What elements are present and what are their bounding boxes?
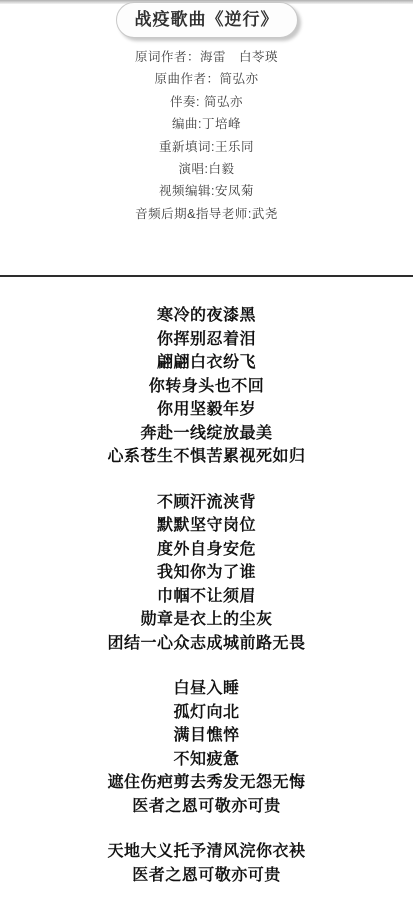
- lyric-line: 白昼入睡: [0, 677, 413, 701]
- lyric-line: 天地大义托予清风浣你衣袂: [0, 840, 413, 864]
- credit-line: 原曲作者：简弘亦: [0, 68, 413, 90]
- credit-line: 伴奏: 简弘亦: [0, 91, 413, 113]
- lyric-line: 度外自身安危: [0, 538, 413, 562]
- credit-line: 音频后期&指导老师:武尧: [0, 203, 413, 225]
- credit-line: 演唱:白毅: [0, 158, 413, 180]
- credit-line: 原词作者：海雷 白苓瑛: [0, 46, 413, 68]
- lyric-line: 你挥别忍着泪: [0, 328, 413, 352]
- lyric-line: 不知疲惫: [0, 748, 413, 772]
- credit-line: 编曲:丁培峰: [0, 113, 413, 135]
- lyric-stanza: 不顾汗流浃背默默坚守岗位度外自身安危我知你为了谁巾帼不让须眉勋章是衣上的尘灰团结…: [0, 491, 413, 656]
- credit-line: 重新填词:王乐同: [0, 136, 413, 158]
- lyrics-page: 战疫歌曲《逆行》 原词作者：海雷 白苓瑛原曲作者：简弘亦伴奏: 简弘亦编曲:丁培…: [0, 0, 413, 887]
- lyric-line: 遮住伤疤剪去秀发无怨无悔: [0, 771, 413, 795]
- lyric-line: 满目憔悴: [0, 724, 413, 748]
- lyric-line: 勋章是衣上的尘灰: [0, 608, 413, 632]
- lyric-stanza: 天地大义托予清风浣你衣袂医者之恩可敬亦可贵: [0, 840, 413, 887]
- lyric-line: 不顾汗流浃背: [0, 491, 413, 515]
- header: 战疫歌曲《逆行》: [0, 2, 413, 42]
- title-pill-button[interactable]: 战疫歌曲《逆行》: [116, 2, 298, 38]
- lyric-line: 寒冷的夜漆黑: [0, 304, 413, 328]
- lyric-stanza: 寒冷的夜漆黑你挥别忍着泪翩翩白衣纷飞你转身头也不回你用坚毅年岁奔赴一线绽放最美心…: [0, 304, 413, 469]
- credits-section: 原词作者：海雷 白苓瑛原曲作者：简弘亦伴奏: 简弘亦编曲:丁培峰重新填词:王乐同…: [0, 42, 413, 225]
- lyric-line: 心系苍生不惧苦累视死如归: [0, 445, 413, 469]
- lyric-line: 你用坚毅年岁: [0, 398, 413, 422]
- lyric-line: 巾帼不让须眉: [0, 585, 413, 609]
- lyric-line: 团结一心众志成城前路无畏: [0, 632, 413, 656]
- lyric-line: 奔赴一线绽放最美: [0, 422, 413, 446]
- lyric-line: 你转身头也不回: [0, 375, 413, 399]
- lyric-line: 翩翩白衣纷飞: [0, 351, 413, 375]
- lyric-line: 孤灯向北: [0, 701, 413, 725]
- lyric-line: 我知你为了谁: [0, 561, 413, 585]
- credit-line: 视频编辑:安凤菊: [0, 180, 413, 202]
- page-title: 战疫歌曲《逆行》: [135, 10, 279, 29]
- lyrics-section: 寒冷的夜漆黑你挥别忍着泪翩翩白衣纷飞你转身头也不回你用坚毅年岁奔赴一线绽放最美心…: [0, 277, 413, 887]
- lyric-stanza: 白昼入睡孤灯向北满目憔悴不知疲惫遮住伤疤剪去秀发无怨无悔医者之恩可敬亦可贵: [0, 677, 413, 818]
- lyric-line: 医者之恩可敬亦可贵: [0, 864, 413, 888]
- lyric-line: 默默坚守岗位: [0, 514, 413, 538]
- lyric-line: 医者之恩可敬亦可贵: [0, 795, 413, 819]
